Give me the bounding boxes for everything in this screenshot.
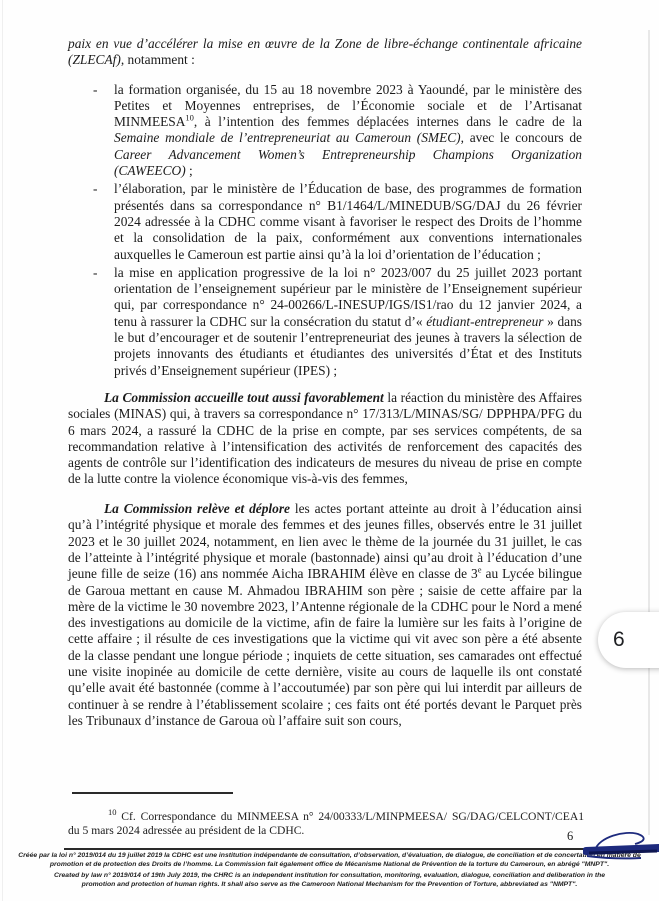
text-run: au Lycée bilingue de Garoua mettant en c…	[68, 566, 582, 728]
footnote-ref-10: 10	[185, 113, 194, 123]
text-run: , avec le concours de	[461, 130, 582, 145]
pen-scribble-annotation	[583, 829, 659, 871]
bullet-dash: -	[93, 82, 114, 180]
footnote-marker: 10	[108, 807, 117, 817]
footer-note-en: Created by law n° 2019/014 of 19th July …	[45, 872, 615, 889]
scan-artifact-right	[648, 30, 650, 835]
bullet-item-loi-2023: - la mise en application progressive de …	[68, 265, 582, 379]
bold-italic-lead: La Commission relève et déplore	[104, 501, 290, 516]
bullet-text: la formation organisée, du 15 au 18 nove…	[114, 82, 582, 180]
footnote-10: 10 Cf. Correspondance du MINMEESA n° 24/…	[68, 810, 584, 838]
italic-run: Semaine mondiale de l’entrepreneuriat au…	[114, 130, 461, 145]
text-run: , à l’intention des femmes déplacées int…	[194, 114, 582, 129]
paragraph-commission-deplore: La Commission relève et déplore les acte…	[68, 501, 582, 729]
page-indicator-number: 6	[613, 628, 625, 652]
bullet-text: l’élaboration, par le ministère de l’Édu…	[114, 181, 582, 262]
bullet-list: - la formation organisée, du 15 au 18 no…	[68, 82, 582, 379]
bullet-dash: -	[93, 265, 114, 379]
footnote-separator	[72, 792, 233, 794]
intro-paragraph: paix en vue d’accélérer la mise en œuvre…	[68, 36, 582, 69]
document-page: paix en vue d’accélérer la mise en œuvre…	[0, 0, 659, 901]
page-number: 6	[567, 829, 573, 844]
footnote-text: Cf. Correspondance du MINMEESA n° 24/003…	[68, 810, 584, 837]
pen-ink-icon	[583, 829, 659, 871]
intro-regular-run: , notamment :	[121, 52, 195, 67]
footer-divider	[64, 848, 641, 850]
paragraph-commission-accueille: La Commission accueille tout aussi favor…	[68, 390, 582, 488]
footer-note: Créée par la loi n° 2019/014 du 19 juill…	[16, 852, 643, 893]
bullet-text: la mise en application progressive de la…	[114, 265, 582, 379]
text-run: ;	[186, 163, 193, 178]
footer-note-fr: Créée par la loi n° 2019/014 du 19 juill…	[16, 852, 643, 869]
italic-run: Career Advancement Women’s Entrepreneurs…	[114, 147, 582, 178]
text-run: l’élaboration, par le ministère de l’Édu…	[114, 181, 582, 261]
bullet-item-formation: - la formation organisée, du 15 au 18 no…	[68, 82, 582, 180]
bullet-item-elaboration: - l’élaboration, par le ministère de l’É…	[68, 181, 582, 262]
bold-italic-lead: La Commission accueille tout aussi favor…	[104, 390, 384, 405]
bullet-dash: -	[93, 181, 114, 262]
scan-artifact-left	[2, 0, 3, 901]
page-indicator-pill: 6	[598, 612, 659, 668]
document-body: paix en vue d’accélérer la mise en œuvre…	[68, 36, 582, 743]
italic-run: étudiant-entrepreneur	[426, 314, 543, 329]
